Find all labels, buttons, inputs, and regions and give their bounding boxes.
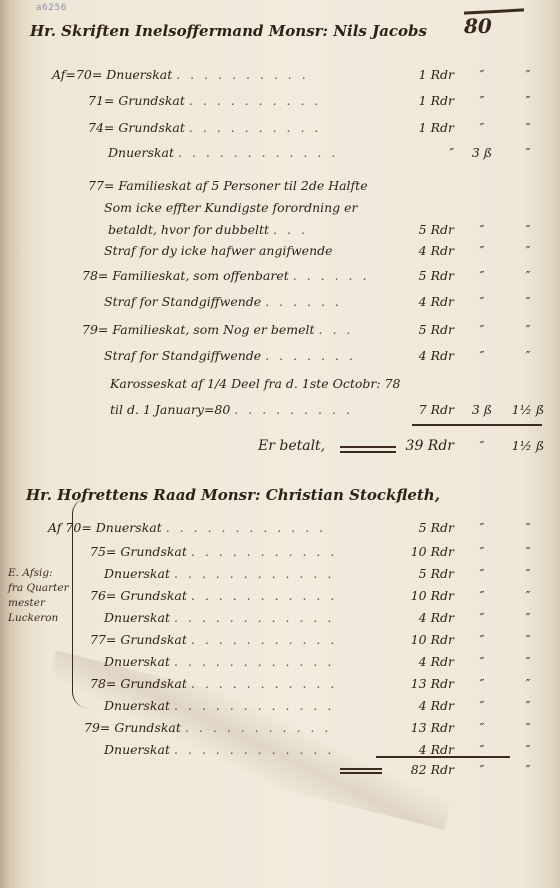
amount-r: ″	[508, 243, 548, 258]
subtotal-rule	[376, 756, 510, 758]
amount-sk: ″	[462, 520, 502, 535]
row-label: Dnuerskat	[104, 654, 170, 669]
total-sk: ″	[462, 762, 502, 777]
amount-sk: ″	[462, 268, 502, 283]
row-label: Dnuerskat	[104, 698, 170, 713]
row-label: Som icke effter Kundigste forordning er	[104, 200, 358, 215]
amount-sk: ″	[462, 93, 502, 108]
margin-note: E. Afsig: fra Quarter mester Luckeron	[8, 566, 69, 626]
amount-rd: ″	[400, 145, 454, 160]
amount-sk: ″	[462, 294, 502, 309]
amount-sk: ″	[462, 544, 502, 559]
row-prefix: 76=	[90, 588, 116, 603]
row-prefix: 77=	[90, 632, 116, 647]
margin-note-line: fra Quarter	[8, 581, 69, 596]
amount-r: ″	[508, 610, 548, 625]
row-label: Dnuerskat	[104, 566, 170, 581]
row-label: Grundskat	[120, 588, 187, 603]
double-rule	[340, 772, 382, 774]
amount-r: ″	[508, 222, 548, 237]
amount-r: ″	[508, 520, 548, 535]
amount-sk: ″	[462, 67, 502, 82]
amount-sk: ″	[462, 566, 502, 581]
amount-r: ″	[508, 742, 548, 757]
amount-rd: 5 Rdr	[400, 268, 454, 283]
amount-sk: ″	[462, 348, 502, 363]
amount-rd: 1 Rdr	[400, 67, 454, 82]
amount-rd: 10 Rdr	[400, 632, 454, 647]
total-r: 1½ ß	[508, 438, 548, 453]
double-rule	[340, 768, 382, 770]
amount-rd: 1 Rdr	[400, 93, 454, 108]
amount-r: ″	[508, 720, 548, 735]
row-label: Straf for Standgiffwende	[104, 294, 261, 309]
archive-number: a6256	[36, 3, 67, 13]
row-label: til d. 1 January=80	[110, 402, 230, 417]
amount-rd: 13 Rdr	[400, 676, 454, 691]
amount-r: ″	[508, 294, 548, 309]
row-label: Grundskat	[120, 676, 187, 691]
row-prefix: 75=	[90, 544, 116, 559]
section-heading: Hr. Skriften Inelsoffermand Monsr: Nils …	[30, 22, 427, 40]
amount-sk: ″	[462, 720, 502, 735]
amount-sk: ″	[462, 222, 502, 237]
amount-r: ″	[508, 67, 548, 82]
row-label: Dnuerskat	[108, 145, 174, 160]
row-prefix: 71=	[88, 93, 114, 108]
subtotal-rule	[412, 424, 542, 426]
amount-r: ″	[508, 322, 548, 337]
amount-r: ″	[508, 698, 548, 713]
folio-number: 80	[464, 14, 492, 38]
amount-sk: ″	[462, 610, 502, 625]
amount-sk: ″	[462, 243, 502, 258]
row-prefix: 77=	[88, 178, 114, 193]
amount-rd: 4 Rdr	[400, 654, 454, 669]
row-label: Karosseskat af 1/4 Deel fra d. 1ste Octo…	[110, 376, 401, 391]
row-prefix: Af=70=	[52, 67, 102, 82]
total-label: Er betalt,	[258, 438, 325, 454]
amount-rd: 5 Rdr	[400, 520, 454, 535]
margin-note-line: E. Afsig:	[8, 566, 69, 581]
amount-sk: ″	[462, 676, 502, 691]
total-rd: 82 Rdr	[400, 762, 454, 777]
row-label: Straf for dy icke hafwer angifwende	[104, 243, 333, 258]
row-prefix: 78=	[90, 676, 116, 691]
double-rule	[340, 446, 396, 448]
amount-rd: 10 Rdr	[400, 544, 454, 559]
amount-r: ″	[508, 93, 548, 108]
row-label: Familieskat af 5 Personer til 2de Halfte	[118, 178, 367, 193]
amount-r: ″	[508, 120, 548, 135]
amount-rd: 5 Rdr	[400, 222, 454, 237]
row-label: Grundskat	[118, 120, 185, 135]
row-prefix: Af 70=	[48, 520, 92, 535]
amount-sk: ″	[462, 120, 502, 135]
amount-sk: ″	[462, 698, 502, 713]
amount-r: ″	[508, 268, 548, 283]
row-label: Straf for Standgiffwende	[104, 348, 261, 363]
amount-rd: 4 Rdr	[400, 348, 454, 363]
amount-rd: 4 Rdr	[400, 243, 454, 258]
amount-rd: 4 Rdr	[400, 294, 454, 309]
amount-rd: 5 Rdr	[400, 322, 454, 337]
amount-rd: 1 Rdr	[400, 120, 454, 135]
row-label: Dnuerskat	[104, 610, 170, 625]
row-prefix: 74=	[88, 120, 114, 135]
total-sk: ″	[462, 438, 502, 453]
amount-r: ″	[508, 632, 548, 647]
amount-r: ″	[508, 654, 548, 669]
row-label: Grundskat	[118, 93, 185, 108]
total-rd: 39 Rdr	[400, 438, 454, 454]
amount-rd: 5 Rdr	[400, 566, 454, 581]
amount-r: ″	[508, 145, 548, 160]
row-prefix: 79=	[82, 322, 108, 337]
amount-rd: 7 Rdr	[400, 402, 454, 417]
amount-sk: 3 ß	[462, 402, 502, 417]
total-r: ″	[508, 762, 548, 777]
row-label: Familieskat, som offenbaret	[112, 268, 288, 283]
amount-sk: ″	[462, 742, 502, 757]
row-label: Dnuerskat	[106, 67, 172, 82]
amount-r: ″	[508, 544, 548, 559]
amount-rd: 4 Rdr	[400, 698, 454, 713]
row-label: Dnuerskat	[104, 742, 170, 757]
amount-rd: 4 Rdr	[400, 610, 454, 625]
amount-rd: 4 Rdr	[400, 742, 454, 757]
amount-r: ″	[508, 588, 548, 603]
amount-sk: ″	[462, 322, 502, 337]
row-label: Familieskat, som Nog er bemelt	[112, 322, 314, 337]
amount-r: 1½ ß	[508, 402, 548, 417]
manuscript-page: a6256 80 Hr. Skriften Inelsoffermand Mon…	[0, 0, 560, 888]
row-label: Dnuerskat	[96, 520, 162, 535]
amount-sk: ″	[462, 654, 502, 669]
amount-sk: 3 ß	[462, 145, 502, 160]
amount-rd: 13 Rdr	[400, 720, 454, 735]
margin-note-line: mester	[8, 596, 69, 611]
double-rule	[340, 451, 396, 453]
row-label: Grundskat	[114, 720, 181, 735]
amount-r: ″	[508, 348, 548, 363]
row-label: betaldt, hvor for dubbeltt	[108, 222, 269, 237]
amount-sk: ″	[462, 588, 502, 603]
row-label: Grundskat	[120, 632, 187, 647]
margin-note-line: Luckeron	[8, 611, 69, 626]
row-prefix: 79=	[84, 720, 110, 735]
amount-sk: ″	[462, 632, 502, 647]
row-label: Grundskat	[120, 544, 187, 559]
row-prefix: 78=	[82, 268, 108, 283]
amount-r: ″	[508, 566, 548, 581]
amount-rd: 10 Rdr	[400, 588, 454, 603]
amount-r: ″	[508, 676, 548, 691]
